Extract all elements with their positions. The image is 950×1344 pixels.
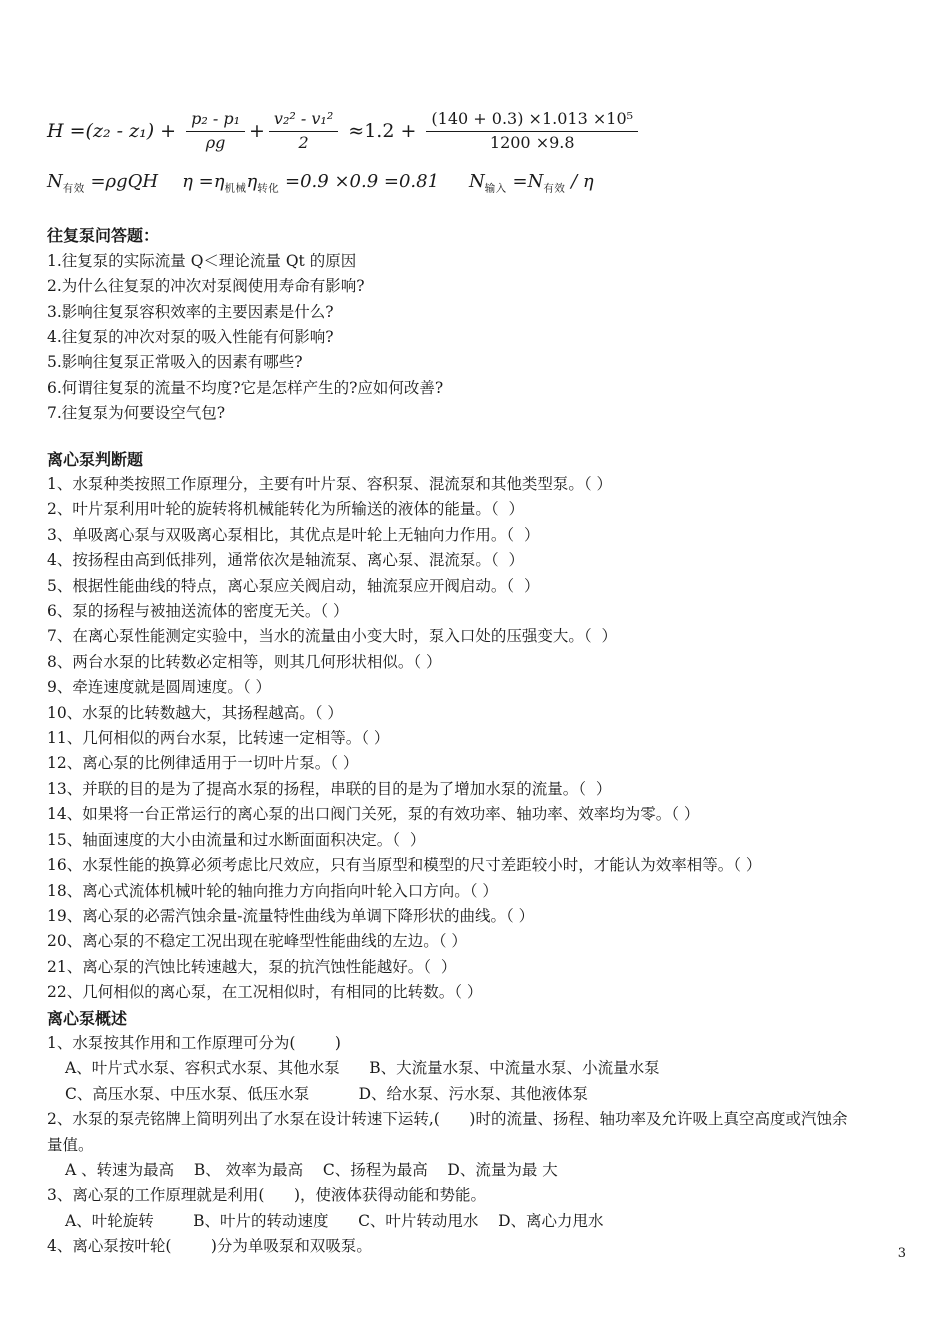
fraction-numeric: (140 + 0.3) ×1.013 ×10⁵ 1200 ×9.8 xyxy=(426,110,638,153)
choice-line: A、叶轮旋转 B、叶片的转动速度 C、叶片转动甩水 D、离心力甩水 xyxy=(47,1209,925,1234)
document-page: H =(z₂ - z₁) + p₂ - p₁ ρg + v₂² - v₁² 2 … xyxy=(0,0,950,1344)
doc-line: 量值。 xyxy=(47,1133,925,1158)
doc-line: 8、两台水泵的比转数必定相等，则其几何形状相似。（ ） xyxy=(47,650,925,675)
subscript-label: 机械 xyxy=(225,182,247,194)
doc-line: 20、离心泵的不稳定工况出现在驼峰型性能曲线的左边。（ ） xyxy=(47,929,925,954)
doc-line: 4、按扬程由高到低排列，通常依次是轴流泵、离心泵、混流泵。（ ） xyxy=(47,548,925,573)
input-power-term: N输入 =N有效 / η xyxy=(469,171,594,196)
doc-line: 11、几何相似的两台水泵，比转速一定相等。（ ） xyxy=(47,726,925,751)
doc-line: 1.往复泵的实际流量 Q＜理论流量 Qt 的原因 xyxy=(47,249,925,274)
fraction-velocity: v₂² - v₁² 2 xyxy=(269,110,338,153)
doc-line: 9、牵连速度就是圆周速度。（ ） xyxy=(47,675,925,700)
fraction-denominator: 1200 ×9.8 xyxy=(490,132,575,153)
doc-line: 13、并联的目的是为了提高水泵的扬程，串联的目的是为了增加水泵的流量。（ ） xyxy=(47,777,925,802)
doc-line: 5、根据性能曲线的特点，离心泵应关阀启动，轴流泵应开阀启动。（ ） xyxy=(47,574,925,599)
choice-line: C、高压水泵、中压水泵、低压水泵 D、给水泵、污水泵、其他液体泵 xyxy=(47,1082,925,1107)
effective-power-term: N有效 =ρgQH xyxy=(47,171,158,196)
formula-lhs: H =(z₂ - z₁) + xyxy=(47,120,182,142)
fraction-numerator: v₂² - v₁² xyxy=(269,110,338,132)
choice-line: A、叶片式水泵、容积式水泵、其他水泵 B、大流量水泵、中流量水泵、小流量水泵 xyxy=(47,1056,925,1081)
doc-line: 1、水泵种类按照工作原理分，主要有叶片泵、容积泵、混流泵和其他类型泵。（ ） xyxy=(47,472,925,497)
choice-line: A 、转速为最高 B、 效率为最高 C、扬程为最高 D、流量为最 大 xyxy=(47,1158,925,1183)
formula-power-equation: N有效 =ρgQH η =η机械η转化 =0.9 ×0.9 =0.81 N输入 … xyxy=(47,171,925,196)
section-heading: 离心泵概述 xyxy=(47,1006,925,1031)
doc-line: 16、水泵性能的换算必须考虑比尺效应，只有当原型和模型的尺寸差距较小时，才能认为… xyxy=(47,853,925,878)
efficiency-term: η =η机械η转化 =0.9 ×0.9 =0.81 xyxy=(182,171,439,196)
doc-line: 3.影响往复泵容积效率的主要因素是什么? xyxy=(47,300,925,325)
doc-line: 3、单吸离心泵与双吸离心泵相比，其优点是叶轮上无轴向力作用。（ ） xyxy=(47,523,925,548)
subscript-label: 有效 xyxy=(63,182,85,194)
doc-line: 5.影响往复泵正常吸入的因素有哪些? xyxy=(47,350,925,375)
doc-line: 14、如果将一台正常运行的离心泵的出口阀门关死，泵的有效功率、轴功率、效率均为零… xyxy=(47,802,925,827)
doc-line: 2、水泵的泵壳铭牌上简明列出了水泵在设计转速下运转,( )时的流量、扬程、轴功率… xyxy=(47,1107,925,1132)
document-content: H =(z₂ - z₁) + p₂ - p₁ ρg + v₂² - v₁² 2 … xyxy=(47,0,925,1260)
doc-line: 7.往复泵为何要设空气包? xyxy=(47,401,925,426)
doc-line: 2.为什么往复泵的冲次对泵阀使用寿命有影响? xyxy=(47,274,925,299)
fraction-denominator: 2 xyxy=(298,132,308,153)
blank-line xyxy=(47,427,925,447)
doc-line: 7、在离心泵性能测定实验中，当水的流量由小变大时，泵入口处的压强变大。（ ） xyxy=(47,624,925,649)
doc-line: 10、水泵的比转数越大，其扬程越高。（ ） xyxy=(47,701,925,726)
doc-line: 1、水泵按其作用和工作原理可分为( ) xyxy=(47,1031,925,1056)
doc-line: 12、离心泵的比例律适用于一切叶片泵。（ ） xyxy=(47,751,925,776)
fraction-pressure: p₂ - p₁ ρg xyxy=(186,110,245,153)
subscript-label: 有效 xyxy=(543,182,565,194)
doc-line: 19、离心泵的必需汽蚀余量-流量特性曲线为单调下降形状的曲线。（ ） xyxy=(47,904,925,929)
section-heading: 离心泵判断题 xyxy=(47,447,925,472)
subscript-label: 输入 xyxy=(485,182,507,194)
doc-line: 15、轴面速度的大小由流量和过水断面面积决定。（ ） xyxy=(47,828,925,853)
doc-line: 2、叶片泵利用叶轮的旋转将机械能转化为所输送的液体的能量。（ ） xyxy=(47,497,925,522)
doc-line: 6、泵的扬程与被抽送流体的密度无关。（ ） xyxy=(47,599,925,624)
doc-line: 21、离心泵的汽蚀比转速越大，泵的抗汽蚀性能越好。（ ） xyxy=(47,955,925,980)
plus-operator: + xyxy=(249,120,265,142)
fraction-numerator: p₂ - p₁ xyxy=(186,110,245,132)
page-number: 3 xyxy=(898,1246,906,1261)
subscript-label: 转化 xyxy=(257,182,279,194)
doc-line: 18、离心式流体机械叶轮的轴向推力方向指向叶轮入口方向。（ ） xyxy=(47,879,925,904)
doc-line: 3、离心泵的工作原理就是利用( )，使液体获得动能和势能。 xyxy=(47,1183,925,1208)
doc-line: 6.何谓往复泵的流量不均度?它是怎样产生的?应如何改善? xyxy=(47,376,925,401)
doc-line: 4、离心泵按叶轮( )分为单吸泵和双吸泵。 xyxy=(47,1234,925,1259)
formula-head-equation: H =(z₂ - z₁) + p₂ - p₁ ρg + v₂² - v₁² 2 … xyxy=(47,110,925,153)
doc-line: 22、几何相似的离心泵，在工况相似时，有相同的比转数。（ ） xyxy=(47,980,925,1005)
fraction-numerator: (140 + 0.3) ×1.013 ×10⁵ xyxy=(426,110,638,132)
doc-line: 4.往复泵的冲次对泵的吸入性能有何影响? xyxy=(47,325,925,350)
document-body: 往复泵问答题：1.往复泵的实际流量 Q＜理论流量 Qt 的原因2.为什么往复泵的… xyxy=(47,223,925,1259)
approx-value: ≈1.2 + xyxy=(342,120,422,142)
section-heading: 往复泵问答题： xyxy=(47,223,925,248)
fraction-denominator: ρg xyxy=(206,132,226,153)
